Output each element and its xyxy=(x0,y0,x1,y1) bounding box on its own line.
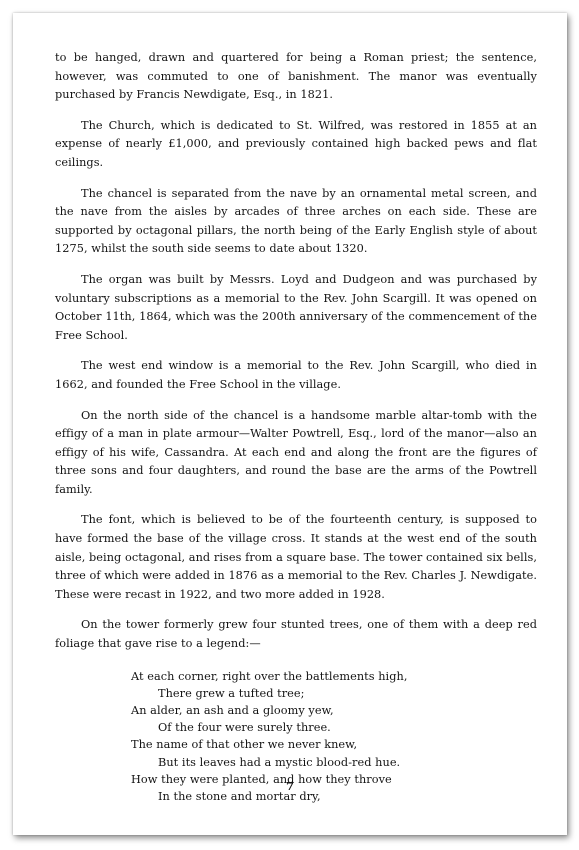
document-page: to be hanged, drawn and quartered for be… xyxy=(13,13,567,835)
paragraph-continuation: to be hanged, drawn and quartered for be… xyxy=(55,49,537,105)
paragraph-font-and-bells: The font, which is believed to be of the… xyxy=(55,511,537,604)
verse-line: The name of that other we never knew, xyxy=(131,736,537,753)
paragraph-tower-trees: On the tower formerly grew four stunted … xyxy=(55,616,537,653)
paragraph-organ: The organ was built by Messrs. Loyd and … xyxy=(55,271,537,345)
verse-line: At each corner, right over the battlemen… xyxy=(131,668,537,685)
verse-line: Of the four were surely three. xyxy=(131,719,537,736)
verse-line: There grew a tufted tree; xyxy=(131,685,537,702)
verse-line: But its leaves had a mystic blood-red hu… xyxy=(131,754,537,771)
paragraph-chancel: The chancel is separated from the nave b… xyxy=(55,185,537,259)
paragraph-church: The Church, which is dedicated to St. Wi… xyxy=(55,117,537,173)
verse-line: An alder, an ash and a gloomy yew, xyxy=(131,702,537,719)
page-body: to be hanged, drawn and quartered for be… xyxy=(55,49,537,805)
page-number: 7 xyxy=(13,779,567,793)
paragraph-altar-tomb: On the north side of the chancel is a ha… xyxy=(55,407,537,500)
paragraph-west-window: The west end window is a memorial to the… xyxy=(55,357,537,394)
